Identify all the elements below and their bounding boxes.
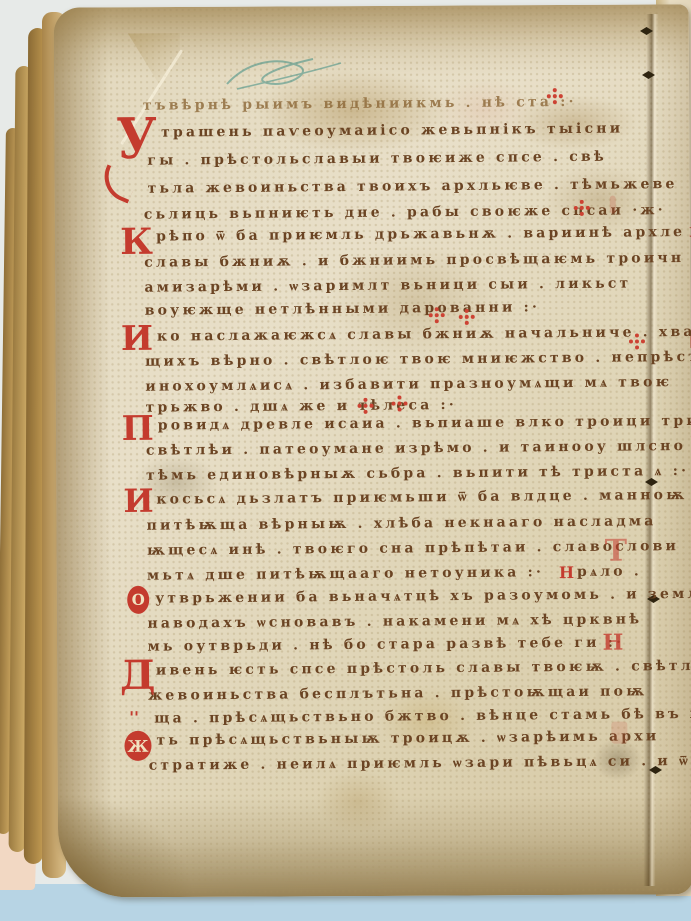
text-line: инохоумлѧисѧ . избавити празноумѧщи мѧ т…: [145, 375, 672, 394]
initial-letter: О: [132, 591, 145, 609]
red-dot-rosette: [553, 94, 557, 98]
text-line: тъвѣрнѣ рыимъ видѣниикмь . нѣ ста :·: [143, 95, 577, 113]
text-line: щихъ вѣрно . свѣтлоѥ твоѥ мниѥжство . не…: [145, 350, 691, 369]
manuscript-photo: ж П Д Г тъвѣрнѣ рыимъ видѣниикмь . нѣ ст…: [0, 0, 691, 921]
text-line: амизарѣми . ѡзаримлт вьници сыи . ликьст: [144, 276, 631, 294]
inline-rubric-letter: Н: [559, 563, 574, 582]
text-line: ть прѣсѧщьствьныѭ троицѫ . ѡзарѣимь архи: [156, 729, 659, 747]
text-line: мьтѧ дше питѣѭщааго нетоуника :·: [147, 565, 544, 582]
faded-rubric-mark: [610, 196, 616, 214]
text-line: стратиже . неилѧ приѥмль ѡзари пѣвьцѧ си…: [149, 754, 691, 773]
initial-letter: И: [123, 487, 153, 516]
text-line: тѣмь единовѣрныѫ сьбра . вьпити тѣ трист…: [146, 464, 689, 483]
text-line: ивень ѥсть спсе прѣстоль славы твоѥѭ . с…: [156, 659, 691, 678]
red-dot-rosette: [364, 404, 368, 408]
initial-letter: И: [121, 324, 153, 355]
red-dot-rosette: [635, 339, 639, 343]
margin-quote-marks: '': [129, 708, 139, 727]
text-line: тьла жевоиньства твоихъ архльѥве . тѣмьж…: [148, 177, 678, 196]
text-line: косьсѧ дьзлатъ приѥмьши ѿ ба влдце . ман…: [156, 488, 687, 507]
red-dot-rosette: [435, 313, 439, 317]
text-line: ѭщесѧ инѣ . твоѥго сна прѣпѣтаи . славос…: [147, 539, 679, 558]
initial-letter-oval: Ж: [124, 731, 151, 761]
red-dot-rosette: [465, 315, 469, 319]
initial-letter: П: [122, 414, 154, 445]
text-line: мь оутврьди . нѣ бо стара развѣ тебе ги …: [148, 636, 625, 654]
initial-letter: К: [120, 226, 153, 259]
faded-rubric-mark: [611, 722, 627, 744]
margin-rubric-letter: Н: [602, 630, 623, 656]
text-line: трьжво . дшѧ же и тѣлеса :·: [145, 398, 457, 415]
text-line: наводахъ ѡсновавъ . накамени мѧ хѣ црквн…: [147, 612, 642, 630]
text-line: трашень паѵеоумаиісо жевьпнікъ тыісни: [161, 122, 623, 140]
red-dot-rosette: [397, 402, 401, 406]
red-dot-rosette: [580, 206, 584, 210]
text-line: ко наслажаѥжсѧ славы бжниѫ начальниче . …: [157, 325, 691, 344]
text-line: гы . прѣстольславыи твоѥиже спсе . свѣ: [147, 150, 607, 168]
text-line: ровидѧ древле исаиа . вьпиаше влко троиц…: [158, 414, 691, 433]
text-line: рѣпо ѿ ба приѥмль дрьжавьнѫ . вариинѣ ар…: [156, 225, 685, 244]
text-line: жевоиньства бесплътьна . прѣстоѭщаи поѭ: [148, 684, 648, 702]
text-line: славы бжниѫ . и бжниимь просвѣщаѥмь трои…: [144, 251, 684, 270]
margin-rubric-letter: Т: [605, 534, 628, 569]
text-line: утврьжении ба вьначѧтцѣ хъ разоумомь . и…: [155, 587, 691, 606]
text-line: питѣѭща вѣрныѭ . хлѣба некнааго насладма: [147, 514, 657, 532]
text-line: воуѥжще нетлѣнными дарованни :·: [145, 300, 541, 317]
initial-letter: Ж: [127, 736, 148, 755]
initial-letter-oval: О: [127, 586, 149, 614]
text-line: свѣтлѣи . патеоумане изрѣмо . и таинооу …: [146, 439, 691, 458]
text-block: тъвѣрнѣ рыимъ видѣниикмь . нѣ ста :· У т…: [0, 0, 691, 921]
text-line: сьлиць вьпниѥть дне . рабы своѥже спсаи …: [144, 203, 666, 222]
